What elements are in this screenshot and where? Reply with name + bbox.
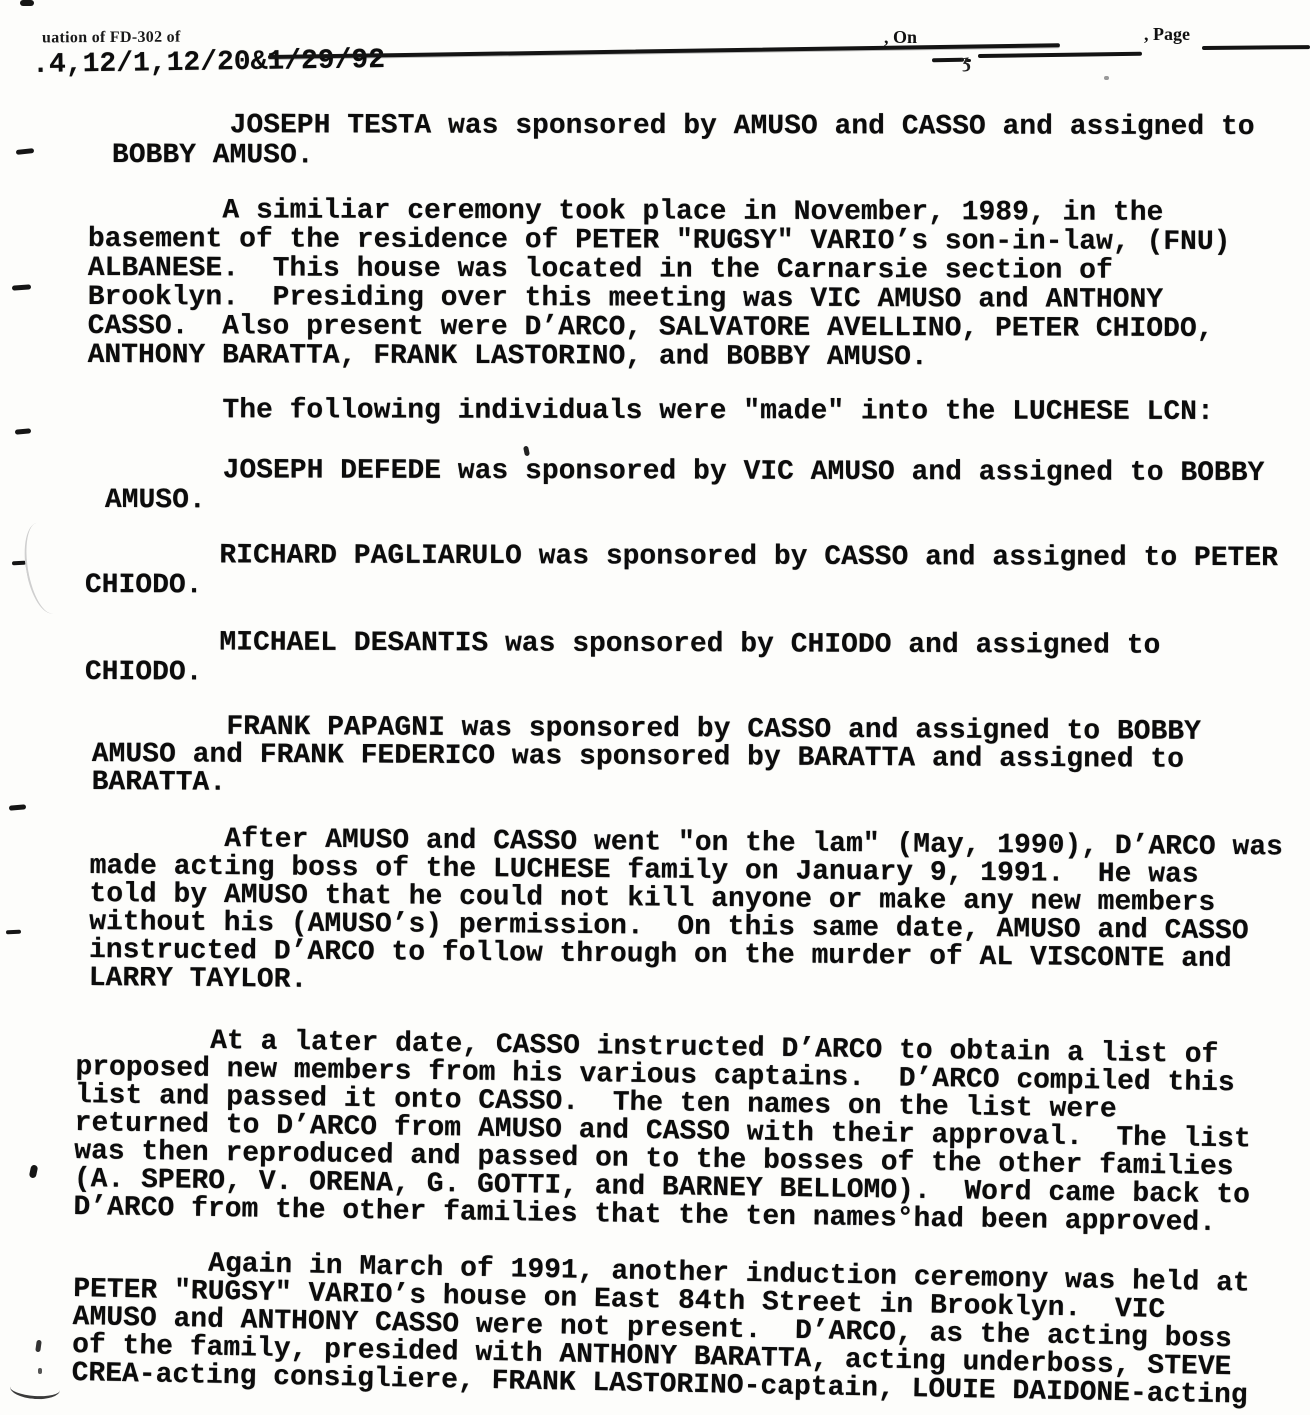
scan-artifact-mark — [12, 284, 31, 290]
body-paragraph-1: JOSEPH TESTA was sponsored by AMUSO and … — [112, 111, 1255, 173]
form-page-label: , Page — [1144, 24, 1190, 45]
scan-artifact-mark — [6, 930, 21, 935]
body-paragraph-2: A similiar ceremony took place in Novemb… — [88, 196, 1231, 373]
scan-artifact-mark — [38, 1368, 42, 1374]
handwritten-mark: ʒ — [959, 49, 971, 73]
scan-artifact-mark — [29, 1164, 39, 1178]
body-paragraph-3: The following individuals were "made" in… — [88, 396, 1214, 428]
form-continuation-label: uation of FD-302 of — [42, 29, 181, 48]
scan-artifact-mark — [15, 428, 31, 434]
body-paragraph-4: JOSEPH DEFEDE was sponsored by VIC AMUSO… — [105, 456, 1265, 519]
scan-artifact-mark — [1104, 76, 1109, 80]
body-paragraph-10: Again in March of 1991, another inductio… — [71, 1248, 1250, 1411]
body-paragraph-5: RICHARD PAGLIARULO was sponsored by CASS… — [85, 541, 1278, 604]
body-paragraph-6: MICHAEL DESANTIS was sponsored by CHIODO… — [85, 628, 1161, 692]
form-on-label: , On — [884, 27, 917, 48]
document-page: uation of FD-302 of .4,12/1,12/20&1/29/9… — [0, 0, 1310, 1415]
body-paragraph-9: At a later date, CASSO instructed D’ARCO… — [73, 1026, 1252, 1238]
scan-artifact-mark — [9, 804, 26, 810]
form-blank-line-name — [268, 43, 1060, 59]
body-paragraph-7: FRANK PAPAGNI was sponsored by CASSO and… — [92, 713, 1201, 803]
form-blank-line-on — [978, 52, 1142, 58]
scan-artifact-mark — [523, 446, 530, 457]
form-blank-line-page — [1202, 45, 1310, 50]
scan-artifact-curve — [18, 519, 71, 616]
interview-dates-text: .4,12/1,12/20&1/29/92 — [32, 45, 385, 81]
body-paragraph-8: After AMUSO and CASSO went "on the lam" … — [89, 825, 1283, 1002]
scan-artifact-mark — [20, 0, 34, 6]
scan-artifact-mark — [35, 1340, 42, 1353]
scan-artifact-curve — [9, 1376, 60, 1400]
scan-artifact-mark — [16, 148, 34, 155]
form-blank-line-on-short — [932, 58, 964, 63]
